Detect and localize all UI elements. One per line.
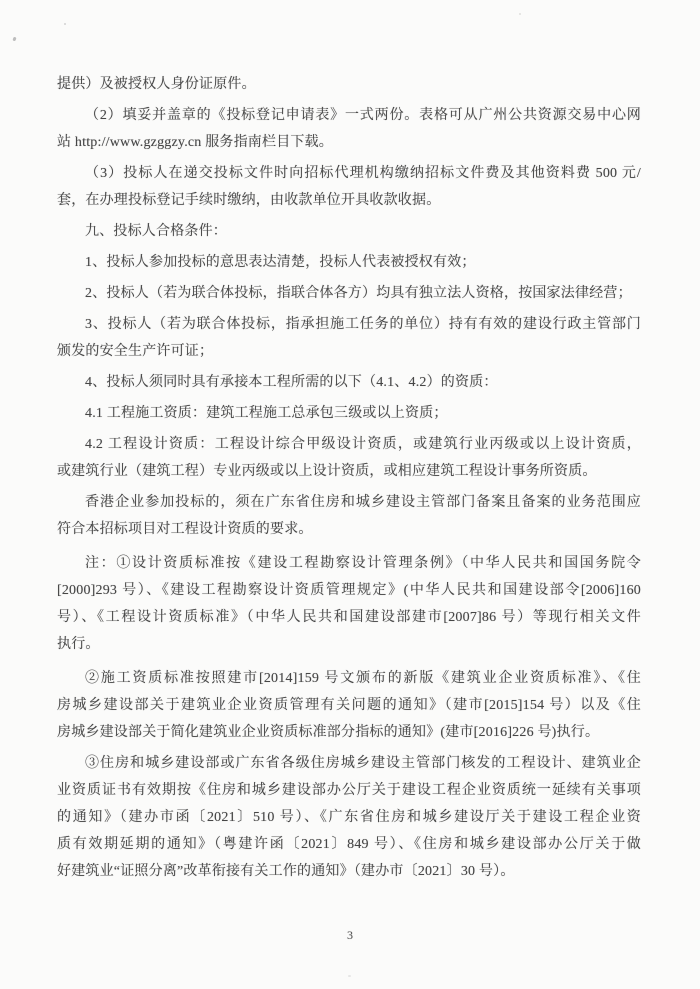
text-line: 提供）及被授权人身份证原件。 bbox=[57, 71, 641, 98]
paragraph: ②施工资质标准按照建市[2014]159 号文颁布的新版《建筑业企业资质标准》、… bbox=[57, 665, 641, 746]
text-line: ③住房和城乡建设部或广东省各级住房城乡建设主管部门核发的工程设计、建筑业企 bbox=[57, 750, 641, 777]
text-line: 颁发的安全生产许可证； bbox=[57, 338, 641, 365]
text-line: 执行。 bbox=[57, 631, 641, 658]
text-line: 业资质证书有效期按《住房和城乡建设部办公厅关于建设工程企业资质统一延续有关事项 bbox=[57, 777, 641, 804]
text-line: 注：①设计资质标准按《建设工程勘察设计管理条例》（中华人民共和国国务院令 bbox=[57, 550, 641, 577]
text-line: 符合本招标项目对工程设计资质的要求。 bbox=[57, 516, 641, 543]
scan-artifact bbox=[64, 23, 66, 25]
text-line: ②施工资质标准按照建市[2014]159 号文颁布的新版《建筑业企业资质标准》、… bbox=[57, 665, 641, 692]
paragraph: 4.1 工程施工资质：建筑工程施工总承包三级或以上资质； bbox=[57, 400, 641, 427]
text-line: 套，在办理投标登记手续时缴纳，由收款单位开具收款收据。 bbox=[57, 187, 641, 214]
paragraph: 4、投标人须同时具有承接本工程所需的以下（4.1、4.2）的资质： bbox=[57, 369, 641, 396]
paragraph: 3、投标人（若为联合体投标，指承担施工任务的单位）持有有效的建设行政主管部门颁发… bbox=[57, 311, 641, 365]
paragraph: 香港企业参加投标的，须在广东省住房和城乡建设主管部门备案且备案的业务范围应符合本… bbox=[57, 489, 641, 543]
text-line: 九、投标人合格条件： bbox=[57, 218, 641, 245]
paragraph: 4.2 工程设计资质：工程设计综合甲级设计资质，或建筑行业丙级或以上设计资质，或… bbox=[57, 431, 641, 485]
text-line: 3、投标人（若为联合体投标，指承担施工任务的单位）持有有效的建设行政主管部门 bbox=[57, 311, 641, 338]
paragraph: （3）投标人在递交投标文件时向招标代理机构缴纳招标文件费及其他资料费 500 元… bbox=[57, 160, 641, 214]
text-line: 2、投标人（若为联合体投标，指联合体各方）均具有独立法人资格，按国家法律经营； bbox=[57, 280, 641, 307]
text-line: 好建筑业“证照分离”改革衔接有关工作的通知》（建办市〔2021〕30 号）。 bbox=[57, 858, 641, 885]
text-line: 房城乡建设部关于建筑业企业资质管理有关问题的通知》（建市[2015]154 号）… bbox=[57, 692, 641, 719]
text-line: 4、投标人须同时具有承接本工程所需的以下（4.1、4.2）的资质： bbox=[57, 369, 641, 396]
text-line: 或建筑行业（建筑工程）专业丙级或以上设计资质，或相应建筑工程设计事务所资质。 bbox=[57, 458, 641, 485]
text-line: 1、投标人参加投标的意思表达清楚，投标人代表被授权有效； bbox=[57, 249, 641, 276]
document-body: 提供）及被授权人身份证原件。（2）填妥并盖章的《投标登记申请表》一式两份。表格可… bbox=[57, 71, 641, 889]
scanned-document-page: 提供）及被授权人身份证原件。（2）填妥并盖章的《投标登记申请表》一式两份。表格可… bbox=[0, 0, 700, 989]
text-line: 香港企业参加投标的，须在广东省住房和城乡建设主管部门备案且备案的业务范围应 bbox=[57, 489, 641, 516]
paragraph: 1、投标人参加投标的意思表达清楚，投标人代表被授权有效； bbox=[57, 249, 641, 276]
text-line: 站 http://www.gzggzy.cn 服务指南栏目下载。 bbox=[57, 129, 641, 156]
text-line: 号）、《工程设计资质标准》（中华人民共和国建设部建市[2007]86 号）等现行… bbox=[57, 604, 641, 631]
paragraph: 九、投标人合格条件： bbox=[57, 218, 641, 245]
text-line: 4.2 工程设计资质：工程设计综合甲级设计资质，或建筑行业丙级或以上设计资质， bbox=[57, 431, 641, 458]
text-line: （3）投标人在递交投标文件时向招标代理机构缴纳招标文件费及其他资料费 500 元… bbox=[57, 160, 641, 187]
paragraph: 注：①设计资质标准按《建设工程勘察设计管理条例》（中华人民共和国国务院令[200… bbox=[57, 550, 641, 658]
text-line: 房城乡建设部关于简化建筑业企业资质标准部分指标的通知》(建市[2016]226 … bbox=[57, 719, 641, 746]
paragraph: 提供）及被授权人身份证原件。 bbox=[57, 71, 641, 98]
text-line: 的通知》（建办市函〔2021〕510 号）、《广东省住房和城乡建设厅关于建设工程… bbox=[57, 804, 641, 831]
text-line: 4.1 工程施工资质：建筑工程施工总承包三级或以上资质； bbox=[57, 400, 641, 427]
paragraph: ③住房和城乡建设部或广东省各级住房城乡建设主管部门核发的工程设计、建筑业企业资质… bbox=[57, 750, 641, 885]
text-line: 质有效期延期的通知》（粤建许函〔2021〕849 号）、《住房和城乡建设部办公厅… bbox=[57, 831, 641, 858]
text-line: （2）填妥并盖章的《投标登记申请表》一式两份。表格可从广州公共资源交易中心网 bbox=[57, 102, 641, 129]
paragraph: 2、投标人（若为联合体投标，指联合体各方）均具有独立法人资格，按国家法律经营； bbox=[57, 280, 641, 307]
page-number: 3 bbox=[0, 926, 700, 944]
scan-artifact bbox=[519, 13, 521, 15]
scan-artifact bbox=[348, 975, 351, 977]
text-line: [2000]293 号）、《建设工程勘察设计资质管理规定》(中华人民共和国建设部… bbox=[57, 577, 641, 604]
scan-artifact bbox=[12, 37, 16, 42]
paragraph: （2）填妥并盖章的《投标登记申请表》一式两份。表格可从广州公共资源交易中心网站 … bbox=[57, 102, 641, 156]
